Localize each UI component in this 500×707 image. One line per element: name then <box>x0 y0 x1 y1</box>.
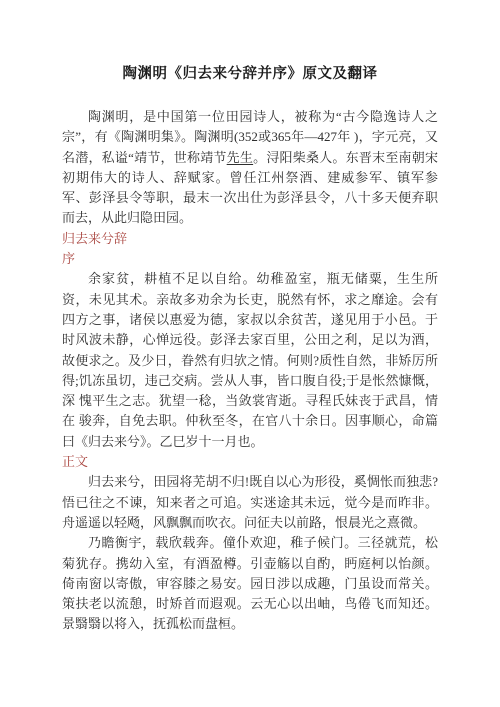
section-heading-guiqulaixici: 归去来兮辞 <box>62 229 438 249</box>
main-paragraph-2: 乃瞻衡宇，载欣载奔。僮仆欢迎，稚子候门。三径就荒，松菊犹存。携幼入室，有酒盈樽。… <box>62 533 438 634</box>
document-title: 陶渊明《归去来兮辞并序》原文及翻译 <box>62 64 438 84</box>
section-heading-zhengwen: 正文 <box>62 452 438 472</box>
preface-paragraph: 余家贫，耕植不足以自给。幼稚盈室，瓶无储粟，生生所资，未见其术。亲故多劝余为长吏… <box>62 269 438 452</box>
intro-paragraph: 陶渊明，是中国第一位田园诗人，被称为“古今隐逸诗人之宗”，有《陶渊明集》。陶渊明… <box>62 107 438 229</box>
document-page: 陶渊明《归去来兮辞并序》原文及翻译 陶渊明，是中国第一位田园诗人，被称为“古今隐… <box>0 0 500 707</box>
main-paragraph-1: 归去来兮，田园将芜胡不归!既自以心为形役，奚惆怅而独悲?悟已往之不谏，知来者之可… <box>62 472 438 533</box>
underlined-term: 先生 <box>227 150 253 165</box>
section-heading-xu: 序 <box>62 249 438 269</box>
